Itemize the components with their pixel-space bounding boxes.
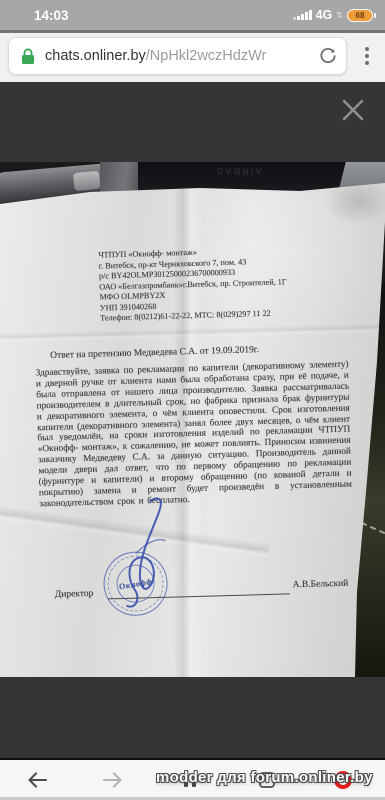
url-host: chats.onliner.by <box>45 48 146 64</box>
status-bar: 14:03 4G ⇅ 68 <box>0 0 385 30</box>
handwritten-signature <box>98 492 192 624</box>
overflow-menu-icon[interactable] <box>357 42 377 70</box>
photo-of-document[interactable]: AIRBAG ЧТПУП «Окнофф- монтаж» г. Витебск… <box>0 162 385 677</box>
letter-body: Здравствуйте, заявка по рекламации по ка… <box>36 360 353 510</box>
letter-header: ЧТПУП «Окнофф- монтаж» г. Витебск, пр-кт… <box>98 243 370 324</box>
url-path: /NpHkl2wczHdzWr <box>146 48 267 64</box>
airbag-embossed-label: AIRBAG <box>196 166 280 176</box>
signature-role: Директор <box>55 589 94 600</box>
paper-letter: ЧТПУП «Окнофф- монтаж» г. Витебск, пр-кт… <box>0 162 385 677</box>
network-type-label: 4G <box>316 8 333 22</box>
browser-toolbar: chats.onliner.by/NpHkl2wczHdzWr <box>0 30 385 82</box>
url-text[interactable]: chats.onliner.by/NpHkl2wczHdzWr <box>45 48 312 64</box>
watermark-text: modder для forum.onliner.by <box>156 769 373 786</box>
reload-icon[interactable] <box>318 46 338 66</box>
letter-title: Ответ на претензию Медведева С.А. от 19.… <box>50 343 350 361</box>
address-bar[interactable]: chats.onliner.by/NpHkl2wczHdzWr <box>8 37 347 75</box>
battery-icon: 68 <box>347 9 373 22</box>
signal-strength-icon <box>293 10 312 20</box>
lock-icon[interactable] <box>21 48 35 65</box>
signature-name: А.В.Бельский <box>293 579 349 591</box>
back-arrow-icon[interactable] <box>15 760 59 800</box>
browser-bottom-bar: modder для forum.onliner.by <box>0 758 385 800</box>
phone-screen: 14:03 4G ⇅ 68 chats.onliner.by/NpHkl2wcz… <box>0 0 385 800</box>
data-transfer-arrows-icon: ⇅ <box>336 11 343 20</box>
clock: 14:03 <box>34 8 69 23</box>
forward-arrow-icon[interactable] <box>91 760 135 800</box>
photo-viewer-overlay: AIRBAG ЧТПУП «Окнофф- монтаж» г. Витебск… <box>0 82 385 758</box>
battery-percent: 68 <box>356 11 365 20</box>
letter-content: ЧТПУП «Окнофф- монтаж» г. Витебск, пр-кт… <box>0 162 385 677</box>
close-icon[interactable] <box>337 94 369 126</box>
